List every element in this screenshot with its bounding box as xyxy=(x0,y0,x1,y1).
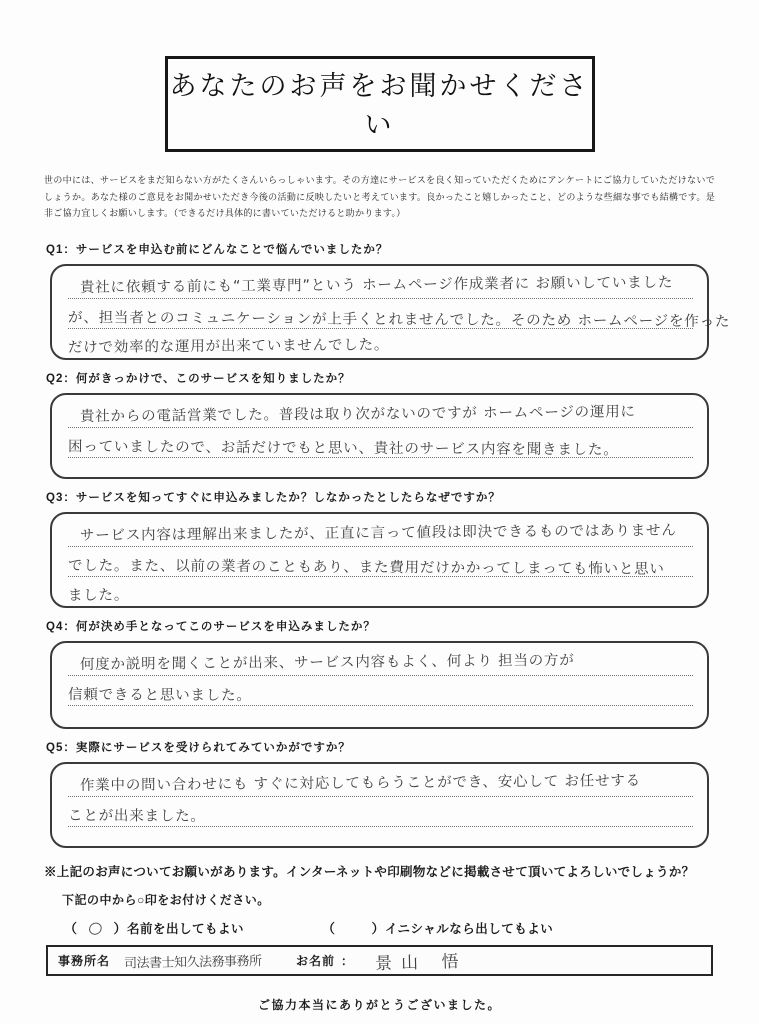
answer-line: 困っていましたので、お話だけでもと思い、貴社のサービス内容を聞きました。 xyxy=(68,428,693,458)
question-4-answer-box: 何度か説明を聞くことが出来、サービス内容もよく、何より 担当の方が 信頼できると… xyxy=(50,641,709,729)
question-5-answer-box: 作業中の問い合わせにも すぐに対応してもらうことができ、安心して お任せする こ… xyxy=(50,762,709,848)
question-2-label: Q2：何がきっかけで、このサービスを知りましたか？ xyxy=(46,372,715,387)
answer-line: 貴社に依頼する前にも“工業専門”という ホームページ作成業者に お願いしていまし… xyxy=(68,269,693,299)
office-name-handwritten: 司法書士知久法務事務所 xyxy=(124,949,296,971)
answer-line: だけで効率的な運用が出来ていませんでした。 xyxy=(68,329,693,358)
question-3-label: Q3：サービスを知ってすぐに申込みましたか？しなかったとしたらなぜですか？ xyxy=(46,491,715,506)
option-show-initials: （ ） イニシャルなら出してもよい xyxy=(322,918,553,937)
option-show-name: （ ○ ） 名前を出してもよい xyxy=(64,918,322,937)
handwritten-answer-text: でした。また、以前の業者のこともあり、また費用だけかかってしまっても怖いと思い xyxy=(68,554,665,580)
name-colon: ： xyxy=(341,952,353,969)
question-4-label: Q4：何が決め手となってこのサービスを申込みましたか？ xyxy=(46,620,715,635)
question-block-1: Q1：サービスを申込む前にどんなことで悩んでいましたか？ 貴社に依頼する前にも“… xyxy=(44,243,715,360)
question-1-label: Q1：サービスを申込む前にどんなことで悩んでいましたか？ xyxy=(46,243,715,258)
question-block-4: Q4：何が決め手となってこのサービスを申込みましたか？ 何度か説明を聞くことが出… xyxy=(44,620,715,729)
question-block-5: Q5：実際にサービスを受けられてみていかがですか？ 作業中の問い合わせにも すぐ… xyxy=(44,741,715,848)
answer-line: でした。また、以前の業者のこともあり、また費用だけかかってしまっても怖いと思い xyxy=(68,547,693,577)
question-2-answer-box: 貴社からの電話営業でした。普段は取り次がないのですが ホームページの運用に 困っ… xyxy=(50,393,709,479)
name-handwritten: 景山 悟 xyxy=(375,946,468,973)
name-label: お名前 xyxy=(296,952,335,969)
answer-line: ことが出来ました。 xyxy=(68,797,693,827)
handwritten-answer-text: 作業中の問い合わせにも すぐに対応してもらうことができ、安心して お任せする xyxy=(80,769,641,796)
permission-options: （ ○ ） 名前を出してもよい （ ） イニシャルなら出してもよい xyxy=(64,918,715,938)
handwritten-answer-text: が、担当者とのコミュニケーションが上手くとれませんでした。そのため ホームページ… xyxy=(68,306,730,332)
question-block-3: Q3：サービスを知ってすぐに申込みましたか？しなかったとしたらなぜですか？ サー… xyxy=(44,491,715,608)
handwritten-answer-text: ました。 xyxy=(68,583,129,606)
handwritten-answer-text: 信頼できると思いました。 xyxy=(68,683,252,706)
empty-mark-space xyxy=(336,924,371,930)
answer-line: ました。 xyxy=(68,577,693,606)
answer-line: が、担当者とのコミュニケーションが上手くとれませんでした。そのため ホームページ… xyxy=(68,299,693,329)
open-paren: （ xyxy=(322,918,336,937)
closing-thanks: ご協力本当にありがとうございました。 xyxy=(44,996,715,1013)
open-paren: （ xyxy=(64,918,78,937)
signature-row: 事務所名 司法書士知久法務事務所 お名前 ： 景山 悟 xyxy=(46,945,713,976)
answer-line: 作業中の問い合わせにも すぐに対応してもらうことができ、安心して お任せする xyxy=(68,767,693,797)
handwritten-answer-text: 何度か説明を聞くことが出来、サービス内容もよく、何より 担当の方が xyxy=(80,648,575,674)
question-block-2: Q2：何がきっかけで、このサービスを知りましたか？ 貴社からの電話営業でした。普… xyxy=(44,372,715,479)
question-1-answer-box: 貴社に依頼する前にも“工業専門”という ホームページ作成業者に お願いしていまし… xyxy=(50,264,709,360)
form-title: あなたのお声をお聞かせください xyxy=(165,56,595,152)
answer-line: 何度か説明を聞くことが出来、サービス内容もよく、何より 担当の方が xyxy=(68,646,693,676)
answer-line: サービス内容は理解出来ましたが、正直に言って値段は即決できるものではありません xyxy=(68,517,693,547)
handwritten-answer-text: 貴社に依頼する前にも“工業専門”という ホームページ作成業者に お願いしていまし… xyxy=(80,270,673,297)
handwritten-answer-text: ことが出来ました。 xyxy=(68,804,206,827)
question-3-answer-box: サービス内容は理解出来ましたが、正直に言って値段は即決できるものではありません … xyxy=(50,512,709,608)
questions-section: Q1：サービスを申込む前にどんなことで悩んでいましたか？ 貴社に依頼する前にも“… xyxy=(44,243,715,848)
publication-permission-note: ※上記のお声についてお願いがあります。インターネットや印刷物などに掲載させて頂い… xyxy=(44,862,715,880)
option-show-name-label: 名前を出してもよい xyxy=(127,919,244,937)
question-5-label: Q5：実際にサービスを受けられてみていかがですか？ xyxy=(46,741,715,756)
handwritten-answer-text: 困っていましたので、お話だけでもと思い、貴社のサービス内容を聞きました。 xyxy=(68,435,619,460)
handwritten-answer-text: サービス内容は理解出来ましたが、正直に言って値段は即決できるものではありません xyxy=(80,518,677,545)
intro-paragraph: 世の中には、サービスをまだ知らない方がたくさんいらっしゃいます。その方達にサービ… xyxy=(44,172,715,222)
survey-form-page: あなたのお声をお聞かせください 世の中には、サービスをまだ知らない方がたくさんい… xyxy=(0,0,759,1024)
handwritten-circle-mark: ○ xyxy=(75,915,116,940)
handwritten-answer-text: だけで効率的な運用が出来ていませんでした。 xyxy=(68,333,389,358)
circle-instruction: 下記の中から○印をお付けください。 xyxy=(62,891,715,908)
option-show-initials-label: イニシャルなら出してもよい xyxy=(385,919,553,937)
answer-line: 信頼できると思いました。 xyxy=(68,676,693,706)
answer-line: 貴社からの電話営業でした。普段は取り次がないのですが ホームページの運用に xyxy=(68,398,693,428)
close-paren: ） xyxy=(372,918,386,937)
office-name-label: 事務所名 xyxy=(58,952,110,969)
handwritten-answer-text: 貴社からの電話営業でした。普段は取り次がないのですが ホームページの運用に xyxy=(80,400,636,427)
